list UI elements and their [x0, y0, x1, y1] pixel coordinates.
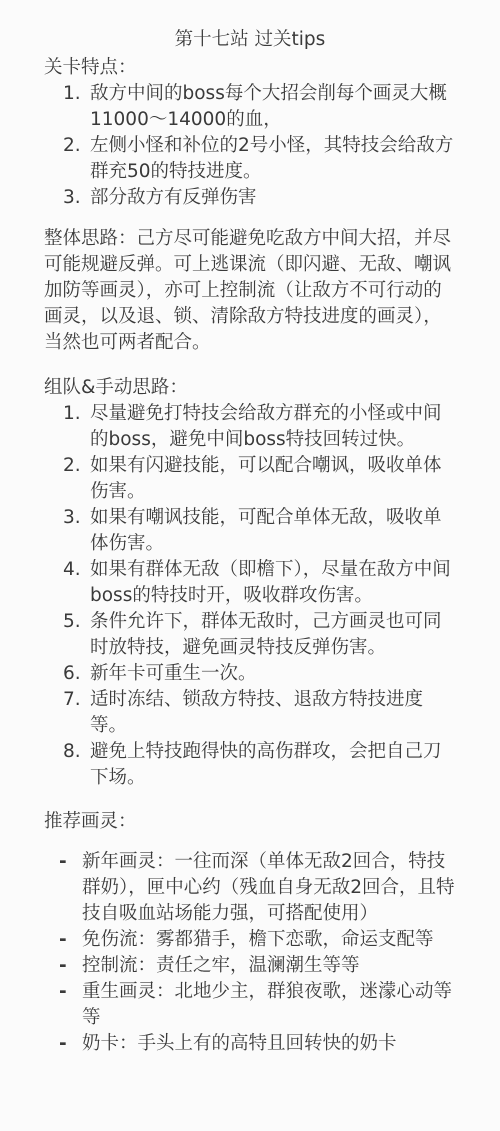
overall-strategy-paragraph: 整体思路：己方尽可能避免吃敌方中间大招，并尽可能规避反弹。可上逃课流（即闪避、无…: [44, 226, 456, 356]
tips-document: 第十七站 过关tips 关卡特点： 敌方中间的boss每个大招会削每个画灵大概1…: [0, 0, 500, 1131]
page-title: 第十七站 过关tips: [44, 27, 456, 53]
list-item: 部分敌方有反弹伤害: [90, 185, 456, 211]
section-recommended: 推荐画灵： 新年画灵：一往而深（单体无敌2回合，特技群奶），匣中心约（残血自身无…: [44, 809, 456, 1057]
list-item: 免伤流：雾都猎手，檐下恋歌，命运支配等: [82, 927, 456, 953]
list-item: 如果有群体无敌（即檐下），尽量在敌方中间boss的特技时开，吸收群攻伤害。: [90, 557, 456, 609]
list-item: 尽量避免打特技会给敌方群充的小怪或中间的boss，避免中间boss特技回转过快。: [90, 401, 456, 453]
level-features-heading: 关卡特点：: [44, 55, 456, 81]
list-item: 控制流：责任之牢，温澜潮生等等: [82, 953, 456, 979]
list-item: 条件允许下，群体无敌时，己方画灵也可同时放特技，避免画灵特技反弹伤害。: [90, 609, 456, 661]
list-item: 奶卡：手头上有的高特且回转快的奶卡: [82, 1031, 456, 1057]
recommended-list: 新年画灵：一往而深（单体无敌2回合，特技群奶），匣中心约（残血自身无敌2回合，且…: [44, 849, 456, 1057]
list-item: 左侧小怪和补位的2号小怪，其特技会给敌方群充50的特技进度。: [90, 133, 456, 185]
section-level-features: 关卡特点： 敌方中间的boss每个大招会削每个画灵大概11000～14000的血…: [44, 55, 456, 211]
team-manual-heading: 组队&手动思路：: [44, 375, 456, 401]
recommended-heading: 推荐画灵：: [44, 809, 456, 835]
list-item: 新年卡可重生一次。: [90, 661, 456, 687]
list-item: 敌方中间的boss每个大招会削每个画灵大概11000～14000的血，: [90, 81, 456, 133]
team-manual-list: 尽量避免打特技会给敌方群充的小怪或中间的boss，避免中间boss特技回转过快。…: [44, 401, 456, 791]
level-features-list: 敌方中间的boss每个大招会削每个画灵大概11000～14000的血， 左侧小怪…: [44, 81, 456, 211]
list-item: 适时冻结、锁敌方特技、退敌方特技进度等。: [90, 687, 456, 739]
list-item: 如果有闪避技能，可以配合嘲讽，吸收单体伤害。: [90, 453, 456, 505]
list-item: 如果有嘲讽技能，可配合单体无敌，吸收单体伤害。: [90, 505, 456, 557]
section-team-manual: 组队&手动思路： 尽量避免打特技会给敌方群充的小怪或中间的boss，避免中间bo…: [44, 375, 456, 791]
list-item: 避免上特技跑得快的高伤群攻，会把自己刀下场。: [90, 739, 456, 791]
list-item: 重生画灵：北地少主，群狼夜歌，迷濛心动等等: [82, 979, 456, 1031]
list-item: 新年画灵：一往而深（单体无敌2回合，特技群奶），匣中心约（残血自身无敌2回合，且…: [82, 849, 456, 927]
